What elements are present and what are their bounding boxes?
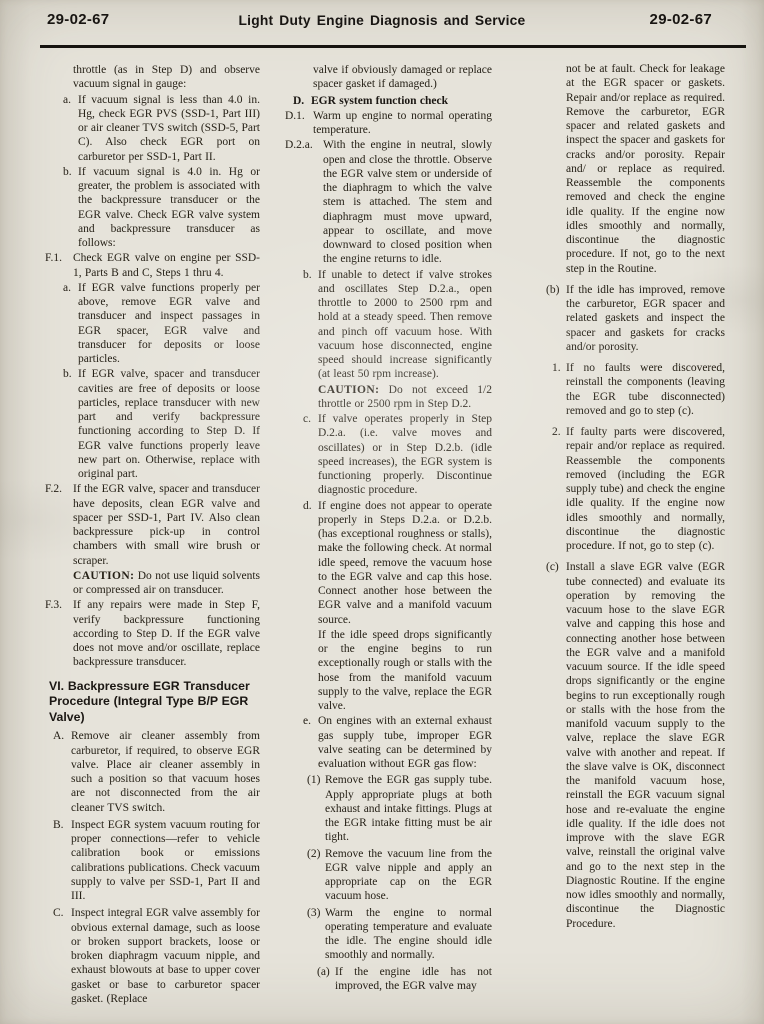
- step-text: If engine does not appear to operate pro…: [318, 500, 492, 626]
- column-2: valve if obviously damaged or replace sp…: [285, 62, 492, 1006]
- step-label: F.3.: [45, 598, 73, 612]
- step-label: b.: [63, 367, 78, 381]
- procedure-step: (b)If the idle has improved, remove the …: [500, 283, 725, 354]
- procedure-step: F.2.If the EGR valve, spacer and transdu…: [45, 482, 260, 568]
- caution-label: CAUTION:: [318, 384, 379, 396]
- step-text: If vacuum signal is less than 4.0 in. Hg…: [78, 94, 260, 163]
- procedure-step: (a)If the engine idle has not improved, …: [285, 965, 492, 994]
- step-label: A.: [53, 729, 71, 743]
- step-text: With the engine in neutral, slowly open …: [323, 139, 492, 265]
- step-text: VI. Backpressure EGR Transducer Procedur…: [49, 679, 250, 724]
- step-label: c.: [303, 412, 318, 426]
- step-label: 2.: [552, 425, 566, 439]
- subsection-heading: D.EGR system function check: [285, 94, 492, 108]
- step-label: a.: [63, 281, 78, 295]
- paragraph: valve if obviously damaged or replace sp…: [285, 63, 492, 92]
- step-text: Remove the vacuum line from the EGR valv…: [325, 848, 492, 903]
- step-label: (c): [546, 560, 566, 574]
- step-label: d.: [303, 499, 318, 513]
- procedure-step: b.If EGR valve, spacer and transducer ca…: [45, 367, 260, 481]
- procedure-step: a.If vacuum signal is less than 4.0 in. …: [45, 93, 260, 164]
- page-header: 29-02-67 Light Duty Engine Diagnosis and…: [0, 0, 764, 43]
- procedure-step: D.1.Warm up engine to normal operating t…: [285, 109, 492, 138]
- step-text: Remove the EGR gas supply tube. Apply ap…: [325, 774, 492, 843]
- step-label: e.: [303, 714, 318, 728]
- paragraph: If the idle speed drops significantly or…: [285, 628, 492, 714]
- step-label: F.1.: [45, 251, 73, 265]
- step-label: C.: [53, 906, 71, 920]
- caution-label: CAUTION:: [73, 570, 134, 582]
- step-label: b.: [63, 165, 78, 179]
- step-text: Check EGR valve on engine per SSD-1, Par…: [73, 252, 260, 278]
- step-text: If EGR valve functions properly per abov…: [78, 282, 260, 365]
- step-text: If the idle has improved, remove the car…: [566, 284, 725, 353]
- procedure-step: e.On engines with an external exhaust ga…: [285, 714, 492, 771]
- step-text: Install a slave EGR valve (EGR tube conn…: [566, 561, 725, 929]
- procedure-step: 2.If faulty parts were discovered, repai…: [500, 425, 725, 553]
- procedure-step: c.If valve operates properly in Step D.2…: [285, 412, 492, 498]
- procedure-step: D.2.a.With the engine in neutral, slowly…: [285, 138, 492, 266]
- step-label: (1): [307, 773, 325, 787]
- caution-note: CAUTION: Do not exceed 1/2 throttle or 2…: [285, 383, 492, 412]
- page-body: throttle (as in Step D) and observe vacu…: [0, 48, 764, 1006]
- step-label: D.: [293, 94, 311, 108]
- step-text: Warm the engine to normal operating temp…: [325, 907, 492, 962]
- column-1: throttle (as in Step D) and observe vacu…: [45, 62, 260, 1006]
- step-label: D.2.a.: [285, 138, 323, 152]
- step-text: On engines with an external exhaust gas …: [318, 715, 492, 770]
- step-label: F.2.: [45, 482, 73, 496]
- step-text: If no faults were discovered, reinstall …: [566, 362, 725, 417]
- procedure-step: (c)Install a slave EGR valve (EGR tube c…: [500, 560, 725, 931]
- page-number-right: 29-02-67: [650, 11, 712, 28]
- step-text: valve if obviously damaged or replace sp…: [313, 64, 492, 90]
- procedure-step: A.Remove air cleaner assembly from carbu…: [45, 729, 260, 815]
- step-text: EGR system function check: [311, 95, 448, 107]
- procedure-step: a.If EGR valve functions properly per ab…: [45, 281, 260, 367]
- paragraph: not be at fault. Check for leakage at th…: [500, 62, 725, 276]
- step-label: (a): [317, 965, 335, 979]
- step-label: b.: [303, 268, 318, 282]
- procedure-step: (1)Remove the EGR gas supply tube. Apply…: [285, 773, 492, 844]
- column-3: not be at fault. Check for leakage at th…: [500, 62, 725, 1006]
- step-text: Inspect integral EGR valve assembly for …: [71, 907, 260, 1005]
- section-heading: VI. Backpressure EGR Transducer Procedur…: [45, 679, 260, 726]
- step-text: If EGR valve, spacer and transducer cavi…: [78, 368, 260, 480]
- step-label: (3): [307, 906, 325, 920]
- step-text: not be at fault. Check for leakage at th…: [566, 63, 725, 275]
- step-text: If the engine idle has not improved, the…: [335, 966, 492, 992]
- procedure-step: b.If vacuum signal is 4.0 in. Hg or grea…: [45, 165, 260, 251]
- procedure-step: F.1.Check EGR valve on engine per SSD-1,…: [45, 251, 260, 280]
- procedure-step: F.3.If any repairs were made in Step F, …: [45, 598, 260, 669]
- step-label: a.: [63, 93, 78, 107]
- step-text: throttle (as in Step D) and observe vacu…: [73, 64, 260, 90]
- step-text: If the idle speed drops significantly or…: [318, 629, 492, 712]
- paragraph: throttle (as in Step D) and observe vacu…: [45, 63, 260, 92]
- step-text: Warm up engine to normal operating tempe…: [313, 110, 492, 136]
- step-text: If faulty parts were discovered, repair …: [566, 426, 725, 552]
- step-text: If valve operates properly in Step D.2.a…: [318, 413, 492, 496]
- step-label: B.: [53, 818, 71, 832]
- manual-page: 29-02-67 Light Duty Engine Diagnosis and…: [0, 0, 764, 1024]
- procedure-step: (2)Remove the vacuum line from the EGR v…: [285, 847, 492, 904]
- step-text: If vacuum signal is 4.0 in. Hg or greate…: [78, 166, 260, 249]
- step-text: Remove air cleaner assembly from carbure…: [71, 730, 260, 813]
- procedure-step: B.Inspect EGR system vacuum routing for …: [45, 818, 260, 904]
- procedure-step: 1.If no faults were discovered, reinstal…: [500, 361, 725, 418]
- procedure-step: (3)Warm the engine to normal operating t…: [285, 906, 492, 963]
- step-label: 1.: [552, 361, 566, 375]
- step-label: (2): [307, 847, 325, 861]
- step-text: If any repairs were made in Step F, veri…: [73, 599, 260, 668]
- step-text: If unable to detect if valve strokes and…: [318, 269, 492, 381]
- step-label: (b): [546, 283, 566, 297]
- procedure-step: C.Inspect integral EGR valve assembly fo…: [45, 906, 260, 1006]
- step-text: Inspect EGR system vacuum routing for pr…: [71, 819, 260, 902]
- caution-note: CAUTION: Do not use liquid solvents or c…: [45, 569, 260, 598]
- step-text: If the EGR valve, spacer and transducer …: [73, 483, 260, 566]
- step-label: D.1.: [285, 109, 313, 123]
- procedure-step: d.If engine does not appear to operate p…: [285, 499, 492, 627]
- procedure-step: b.If unable to detect if valve strokes a…: [285, 268, 492, 382]
